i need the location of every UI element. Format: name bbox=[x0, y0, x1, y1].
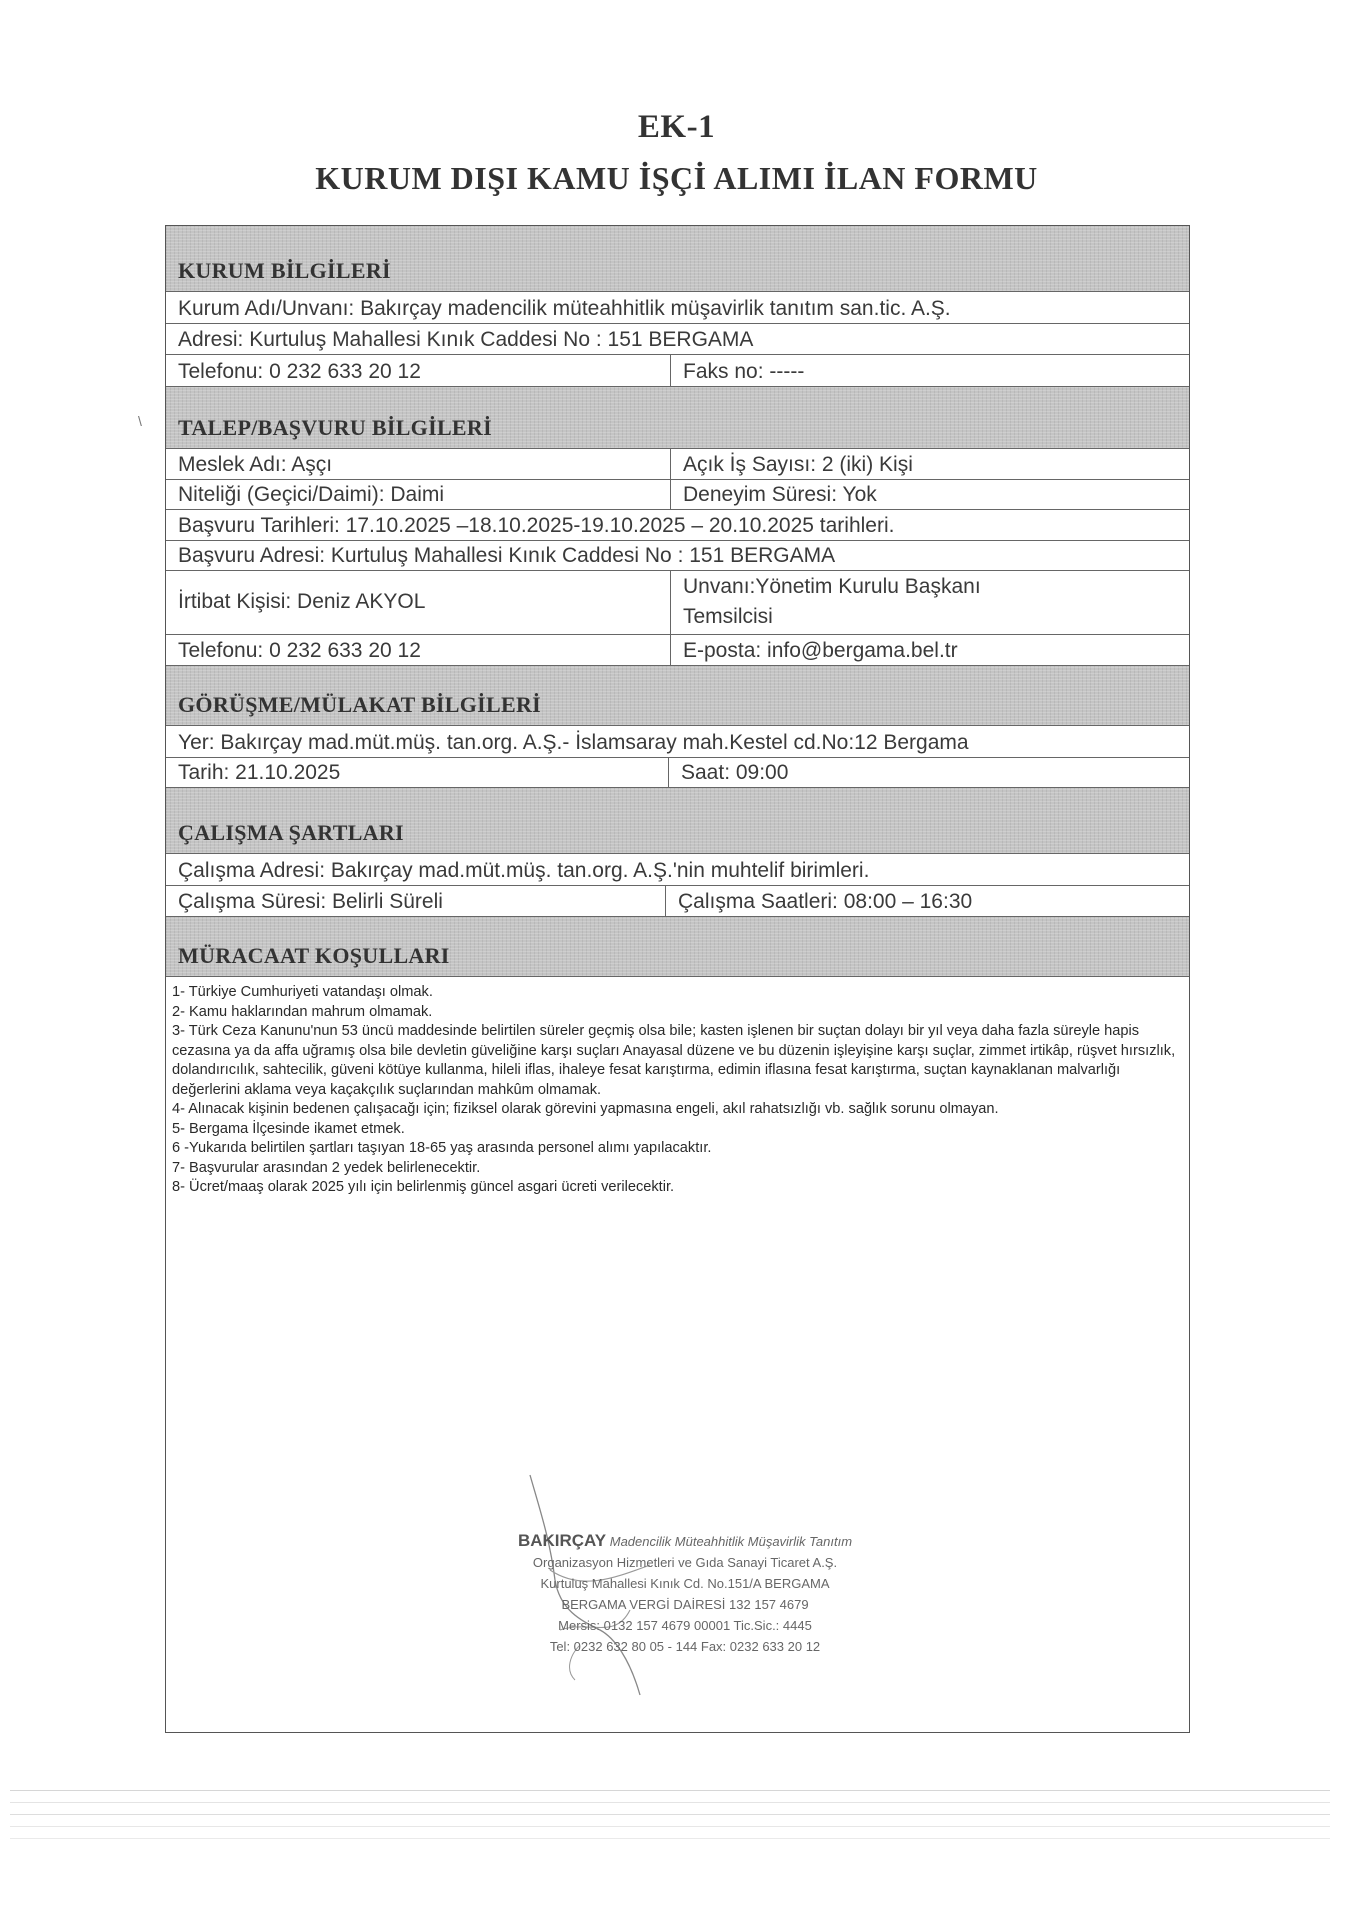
requirement-item: 6 -Yukarıda belirtilen şartları taşıyan … bbox=[172, 1139, 1179, 1159]
stamp-line: BERGAMA VERGİ DAİRESİ 132 157 4679 bbox=[485, 1594, 885, 1615]
row-nature: Niteliği (Geçici/Daimi): Daimi Deneyim S… bbox=[166, 480, 1189, 510]
scan-artifact bbox=[0, 1770, 1353, 1860]
experience-requirement: Deneyim Süresi: Yok bbox=[671, 480, 1189, 509]
working-hours: Çalışma Saatleri: 08:00 – 16:30 bbox=[666, 886, 1189, 916]
contact-title: Unvanı:Yönetim Kurulu Başkanı Temsilcisi bbox=[671, 571, 1189, 634]
institution-address: Adresi: Kurtuluş Mahallesi Kınık Caddesi… bbox=[166, 324, 1189, 354]
stamp-brand: BAKIRÇAY bbox=[518, 1531, 606, 1550]
profession-name: Meslek Adı: Aşçı bbox=[166, 449, 671, 479]
row-institution-name: Kurum Adı/Unvanı: Bakırçay madencilik mü… bbox=[166, 292, 1189, 324]
company-stamp: BAKIRÇAY Madencilik Müteahhitlik Müşavir… bbox=[485, 1530, 885, 1657]
section-title: TALEP/BAŞVURU BİLGİLERİ bbox=[166, 415, 492, 448]
section-requirements: MÜRACAAT KOŞULLARI bbox=[166, 917, 1189, 977]
requirement-item: 7- Başvurular arasından 2 yedek belirlen… bbox=[172, 1159, 1179, 1179]
institution-fax: Faks no: ----- bbox=[671, 355, 1189, 386]
requirements-list: 1- Türkiye Cumhuriyeti vatandaşı olmak. … bbox=[166, 977, 1189, 1198]
row-application-address: Başvuru Adresi: Kurtuluş Mahallesi Kınık… bbox=[166, 541, 1189, 571]
row-contact-info: Telefonu: 0 232 633 20 12 E-posta: info@… bbox=[166, 635, 1189, 666]
row-institution-address: Adresi: Kurtuluş Mahallesi Kınık Caddesi… bbox=[166, 324, 1189, 355]
row-interview-datetime: Tarih: 21.10.2025 Saat: 09:00 bbox=[166, 758, 1189, 788]
interview-location: Yer: Bakırçay mad.müt.müş. tan.org. A.Ş.… bbox=[166, 726, 1189, 757]
document-header: EK-1 KURUM DIŞI KAMU İŞÇİ ALIMI İLAN FOR… bbox=[0, 105, 1353, 201]
contact-title-line1: Unvanı:Yönetim Kurulu Başkanı bbox=[683, 572, 981, 602]
requirement-item: 4- Alınacak kişinin bedenen çalışacağı i… bbox=[172, 1100, 1179, 1120]
stamp-line: Organizasyon Hizmetleri ve Gıda Sanayi T… bbox=[485, 1552, 885, 1573]
section-title: ÇALIŞMA ŞARTLARI bbox=[166, 820, 404, 853]
section-working-conditions: ÇALIŞMA ŞARTLARI bbox=[166, 788, 1189, 854]
requirement-item: 5- Bergama İlçesinde ikamet etmek. bbox=[172, 1120, 1179, 1140]
contact-email[interactable]: E-posta: info@bergama.bel.tr bbox=[671, 635, 1189, 665]
section-interview: GÖRÜŞME/MÜLAKAT BİLGİLERİ bbox=[166, 666, 1189, 726]
position-nature: Niteliği (Geçici/Daimi): Daimi bbox=[166, 480, 671, 509]
contact-person: İrtibat Kişisi: Deniz AKYOL bbox=[166, 571, 671, 634]
working-address: Çalışma Adresi: Bakırçay mad.müt.müş. ta… bbox=[166, 854, 1189, 885]
section-institution: KURUM BİLGİLERİ bbox=[166, 226, 1189, 292]
stamp-line: Mersis: 0132 157 4679 00001 Tic.Sic.: 44… bbox=[485, 1615, 885, 1636]
working-duration: Çalışma Süresi: Belirli Süreli bbox=[166, 886, 666, 916]
row-contact-person: İrtibat Kişisi: Deniz AKYOL Unvanı:Yönet… bbox=[166, 571, 1189, 635]
stamp-tagline: Madencilik Müteahhitlik Müşavirlik Tanıt… bbox=[610, 1534, 852, 1549]
stamp-line: Tel: 0232 632 80 05 - 144 Fax: 0232 633 … bbox=[485, 1636, 885, 1657]
application-address: Başvuru Adresi: Kurtuluş Mahallesi Kınık… bbox=[166, 541, 1189, 570]
row-institution-contact: Telefonu: 0 232 633 20 12 Faks no: ----- bbox=[166, 355, 1189, 387]
contact-phone: Telefonu: 0 232 633 20 12 bbox=[166, 635, 671, 665]
institution-name: Kurum Adı/Unvanı: Bakırçay madencilik mü… bbox=[166, 292, 1189, 323]
row-working-address: Çalışma Adresi: Bakırçay mad.müt.müş. ta… bbox=[166, 854, 1189, 886]
announcement-form: KURUM BİLGİLERİ Kurum Adı/Unvanı: Bakırç… bbox=[165, 225, 1190, 1733]
interview-date: Tarih: 21.10.2025 bbox=[166, 758, 669, 787]
row-interview-location: Yer: Bakırçay mad.müt.müş. tan.org. A.Ş.… bbox=[166, 726, 1189, 758]
institution-phone: Telefonu: 0 232 633 20 12 bbox=[166, 355, 671, 386]
row-profession: Meslek Adı: Aşçı Açık İş Sayısı: 2 (iki)… bbox=[166, 449, 1189, 480]
scan-mark: \ bbox=[138, 413, 142, 429]
section-title: GÖRÜŞME/MÜLAKAT BİLGİLERİ bbox=[166, 692, 541, 725]
requirement-item: 3- Türk Ceza Kanunu'nun 53 üncü maddesin… bbox=[172, 1022, 1179, 1100]
requirement-item: 1- Türkiye Cumhuriyeti vatandaşı olmak. bbox=[172, 983, 1179, 1003]
row-application-dates: Başvuru Tarihleri: 17.10.2025 –18.10.202… bbox=[166, 510, 1189, 541]
contact-title-line2: Temsilcisi bbox=[683, 602, 773, 632]
stamp-line: Kurtuluş Mahallesi Kınık Cd. No.151/A BE… bbox=[485, 1573, 885, 1594]
section-title: KURUM BİLGİLERİ bbox=[166, 258, 391, 291]
requirement-item: 8- Ücret/maaş olarak 2025 yılı için beli… bbox=[172, 1178, 1179, 1198]
open-positions: Açık İş Sayısı: 2 (iki) Kişi bbox=[671, 449, 1189, 479]
requirement-item: 2- Kamu haklarından mahrum olmamak. bbox=[172, 1003, 1179, 1023]
form-title: KURUM DIŞI KAMU İŞÇİ ALIMI İLAN FORMU bbox=[0, 155, 1353, 201]
annex-label: EK-1 bbox=[0, 105, 1353, 149]
row-working-duration: Çalışma Süresi: Belirli Süreli Çalışma S… bbox=[166, 886, 1189, 917]
section-application: TALEP/BAŞVURU BİLGİLERİ bbox=[166, 387, 1189, 449]
section-title: MÜRACAAT KOŞULLARI bbox=[166, 943, 450, 976]
application-dates: Başvuru Tarihleri: 17.10.2025 –18.10.202… bbox=[166, 510, 1189, 540]
interview-time: Saat: 09:00 bbox=[669, 758, 1189, 787]
